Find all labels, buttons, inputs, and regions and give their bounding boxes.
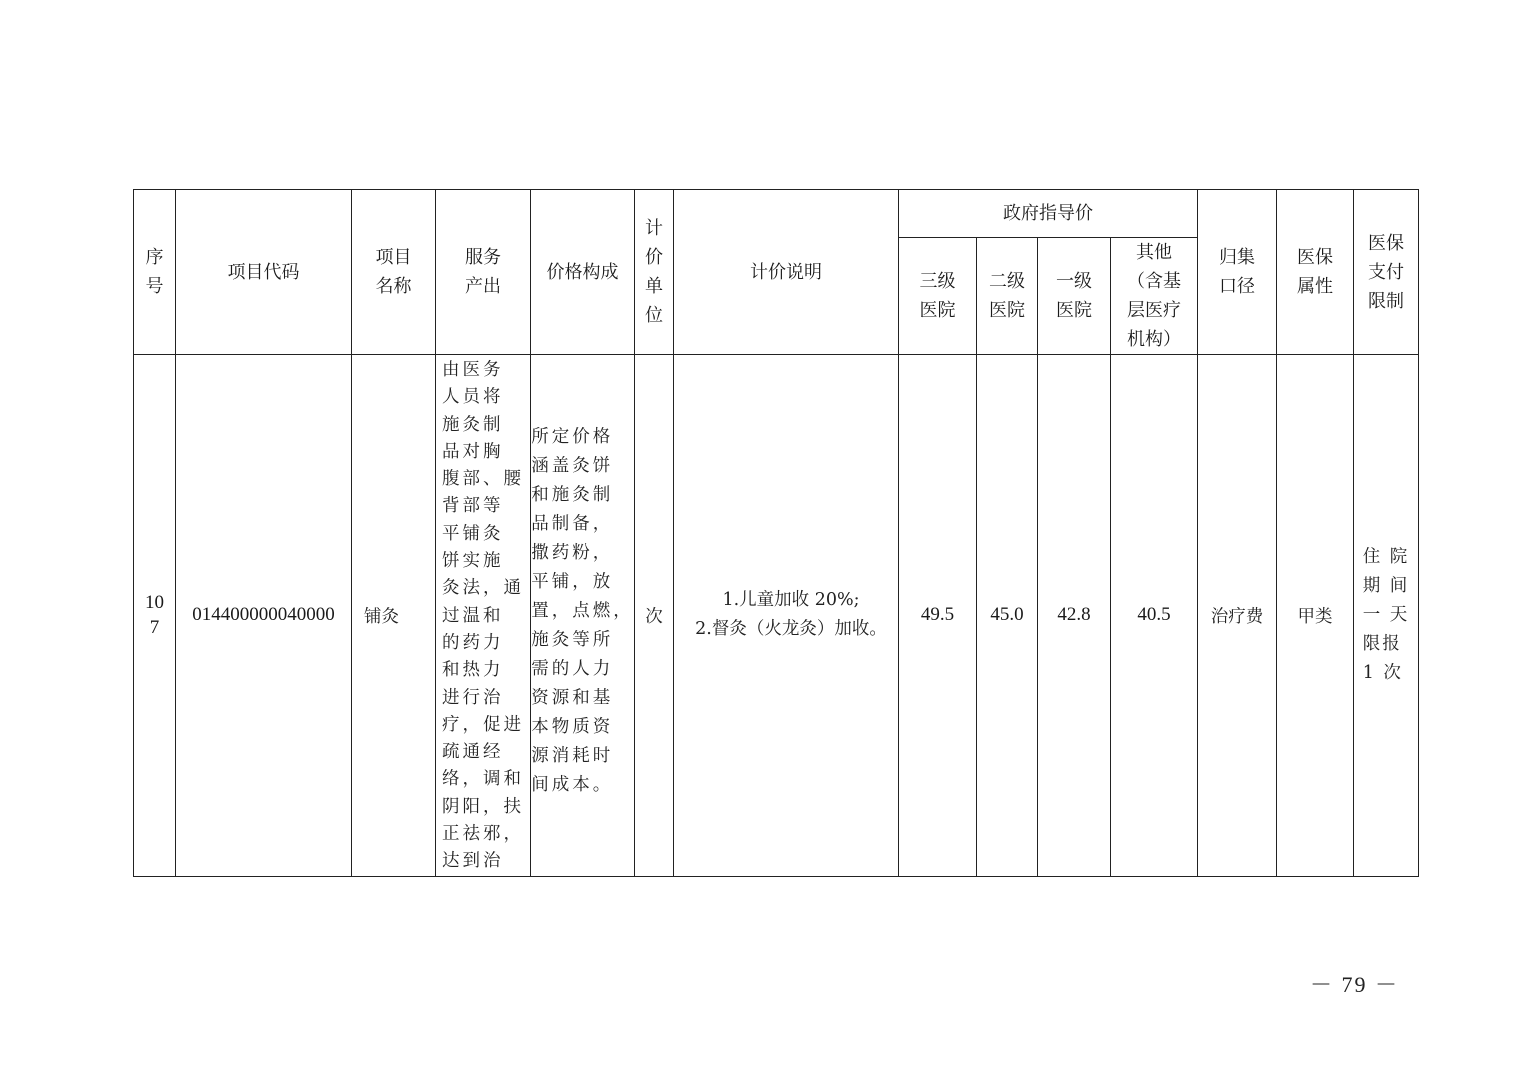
header-description: 计价说明 (674, 190, 899, 355)
cell-description: 1.儿童加收 20%; 2.督灸（火龙灸）加收。 (674, 355, 899, 877)
header-level1: 一级 医院 (1038, 238, 1111, 355)
cell-insurance-limit: 住 院 期 间 一 天 限报 1 次 (1354, 355, 1419, 877)
header-gov-price: 政府指导价 (899, 190, 1198, 238)
header-name: 项目 名称 (352, 190, 436, 355)
cell-category: 治疗费 (1198, 355, 1277, 877)
page-number: － 79 － (1310, 968, 1399, 999)
cell-unit: 次 (635, 355, 674, 877)
header-output: 服务 产出 (436, 190, 531, 355)
cell-price-composition: 所定价格 涵盖灸饼 和施灸制 品制备， 撒药粉， 平铺，放 置，点燃， 施灸等所… (531, 355, 635, 877)
header-unit: 计 价 单 位 (635, 190, 674, 355)
header-price-composition: 价格构成 (531, 190, 635, 355)
header-code: 项目代码 (176, 190, 352, 355)
cell-level1-price: 42.8 (1038, 355, 1111, 877)
cell-other-price: 40.5 (1111, 355, 1198, 877)
header-level3: 三级 医院 (899, 238, 977, 355)
cell-name: 铺灸 (352, 355, 436, 877)
cell-seq: 10 7 (134, 355, 176, 877)
cell-level3-price: 49.5 (899, 355, 977, 877)
cell-level2-price: 45.0 (977, 355, 1038, 877)
price-table: 序 号 项目代码 项目 名称 服务 产出 价格构成 计 价 单 位 计价说明 政… (133, 189, 1419, 877)
header-insurance-type: 医保 属性 (1277, 190, 1354, 355)
cell-code: 014400000040000 (176, 355, 352, 877)
header-insurance-limit: 医保 支付 限制 (1354, 190, 1419, 355)
header-category: 归集 口径 (1198, 190, 1277, 355)
table-row: 10 7 014400000040000 铺灸 由医务 人员将 施灸制 品对胸 … (134, 355, 1419, 877)
header-level2: 二级 医院 (977, 238, 1038, 355)
header-other: 其他 （含基 层医疗 机构） (1111, 238, 1198, 355)
cell-output: 由医务 人员将 施灸制 品对胸 腹部、腰 背部等 平铺灸 饼实施 灸法，通 过温… (436, 355, 531, 877)
cell-insurance-type: 甲类 (1277, 355, 1354, 877)
header-seq: 序 号 (134, 190, 176, 355)
